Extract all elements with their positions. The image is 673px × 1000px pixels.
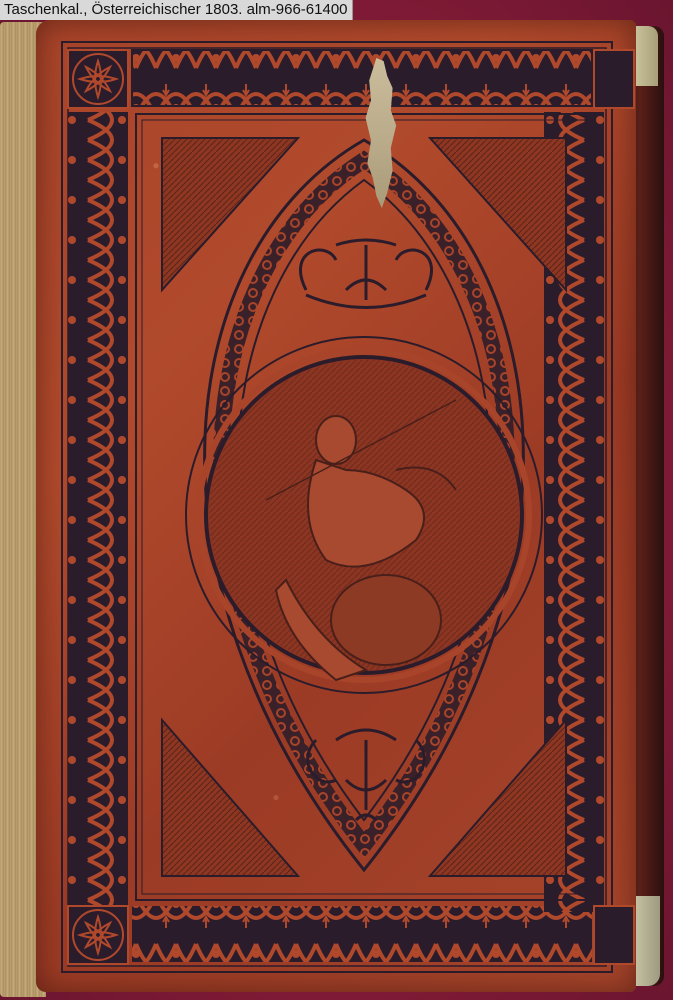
central-medallion [186, 337, 542, 693]
top-cartouche [300, 240, 431, 308]
book-cover [36, 20, 636, 992]
left-border-frieze [68, 112, 128, 912]
bottom-border-frieze [132, 906, 592, 962]
image-caption: Taschenkal., Österreichischer 1803. alm-… [0, 0, 353, 20]
cover-ornament [36, 20, 636, 992]
top-border-frieze [132, 50, 592, 106]
